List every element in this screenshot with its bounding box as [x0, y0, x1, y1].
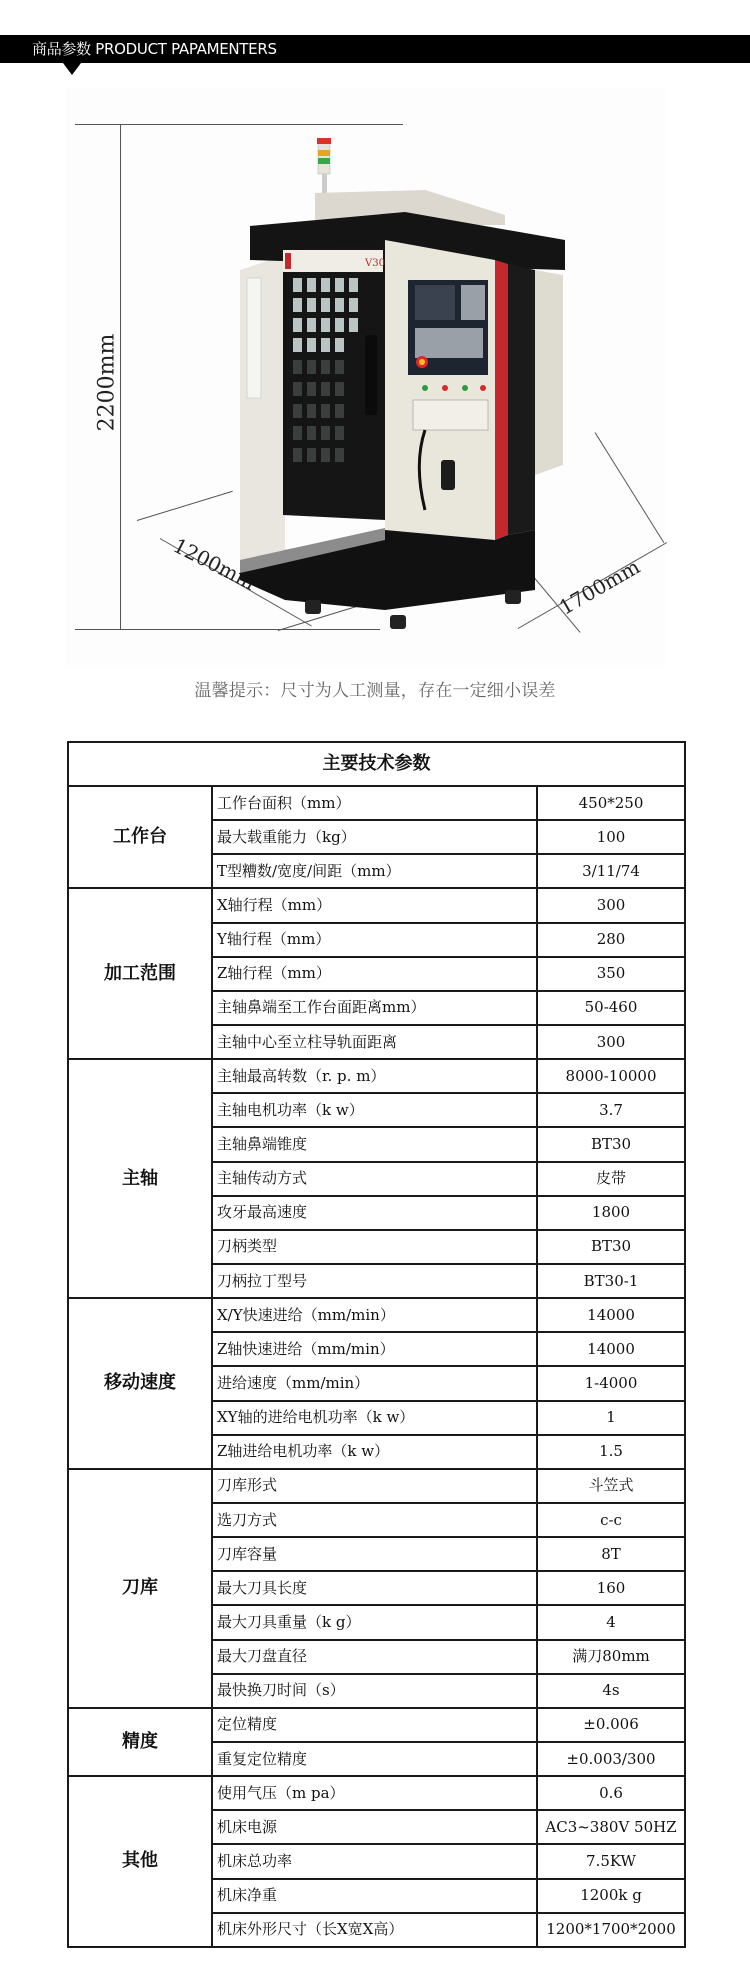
- spec-param-name: 刀库形式: [212, 1469, 537, 1503]
- spec-param-name: 刀柄类型: [212, 1230, 537, 1264]
- spec-param-name: 攻牙最高速度: [212, 1196, 537, 1230]
- spec-param-name: 主轴中心至立柱导轨面距离: [212, 1025, 537, 1059]
- section-header-bar: 商品参数 PRODUCT PAPAMENTERS: [0, 35, 750, 63]
- spec-param-value: AC3~380V 50HZ: [537, 1810, 685, 1844]
- spec-param-value: 4s: [537, 1674, 685, 1708]
- spec-param-name: 最大载重能力（kg）: [212, 820, 537, 854]
- spec-group-label: 主轴: [68, 1059, 212, 1298]
- spec-param-value: 斗笠式: [537, 1469, 685, 1503]
- spec-param-name: 主轴鼻端锥度: [212, 1127, 537, 1161]
- spec-row: 移动速度X/Y快速进给（mm/min）14000: [68, 1298, 685, 1332]
- spec-param-value: 1800: [537, 1196, 685, 1230]
- spec-group-label: 移动速度: [68, 1298, 212, 1469]
- spec-row: 刀库刀库形式斗笠式: [68, 1469, 685, 1503]
- spec-param-name: 工作台面积（mm）: [212, 786, 537, 820]
- spec-param-name: 机床总功率: [212, 1844, 537, 1878]
- spec-param-value: 1200k g: [537, 1879, 685, 1913]
- spec-param-name: X轴行程（mm）: [212, 888, 537, 922]
- spec-param-value: 50-460: [537, 991, 685, 1025]
- spec-param-value: 皮带: [537, 1162, 685, 1196]
- spec-table-title-row: 主要技术参数: [68, 742, 685, 786]
- spec-param-value: 3.7: [537, 1093, 685, 1127]
- spec-table-title: 主要技术参数: [68, 742, 685, 786]
- spec-group-label: 精度: [68, 1708, 212, 1776]
- spec-param-value: 8T: [537, 1537, 685, 1571]
- spec-param-value: 1.5: [537, 1435, 685, 1469]
- spec-param-value: 14000: [537, 1332, 685, 1366]
- spec-param-value: 1200*1700*2000: [537, 1913, 685, 1947]
- spec-param-value: 350: [537, 957, 685, 991]
- spec-param-name: 主轴电机功率（k w）: [212, 1093, 537, 1127]
- spec-row: 工作台工作台面积（mm）450*250: [68, 786, 685, 820]
- spec-param-name: Z轴进给电机功率（k w）: [212, 1435, 537, 1469]
- cnc-machine-illustration: V300: [225, 130, 625, 630]
- spec-param-value: 1: [537, 1401, 685, 1435]
- spec-row: 其他使用气压（m pa）0.6: [68, 1776, 685, 1810]
- spec-param-name: 最大刀盘直径: [212, 1640, 537, 1674]
- spec-param-name: X/Y快速进给（mm/min）: [212, 1298, 537, 1332]
- spec-param-name: 使用气压（m pa）: [212, 1776, 537, 1810]
- height-dimension-top-line: [75, 124, 403, 125]
- spec-param-name: 机床电源: [212, 1810, 537, 1844]
- spec-group-label: 刀库: [68, 1469, 212, 1708]
- spec-param-name: Z轴行程（mm）: [212, 957, 537, 991]
- spec-param-name: 最大刀具重量（k g）: [212, 1605, 537, 1639]
- spec-param-value: 300: [537, 1025, 685, 1059]
- measurement-notice: 温馨提示：尺寸为人工测量，存在一定细小误差: [0, 676, 750, 701]
- spec-row: 主轴主轴最高转数（r. p. m）8000-10000: [68, 1059, 685, 1093]
- spec-param-name: XY轴的进给电机功率（k w）: [212, 1401, 537, 1435]
- spec-param-name: 重复定位精度: [212, 1742, 537, 1776]
- spec-param-name: 机床净重: [212, 1879, 537, 1913]
- height-dimension-vertical-line: [120, 124, 121, 629]
- spec-param-name: 进给速度（mm/min）: [212, 1366, 537, 1400]
- height-dimension-label: 2200mm: [94, 334, 119, 432]
- spec-param-value: c-c: [537, 1503, 685, 1537]
- spec-param-value: BT30-1: [537, 1264, 685, 1298]
- spec-param-value: BT30: [537, 1230, 685, 1264]
- spec-param-name: 刀柄拉丁型号: [212, 1264, 537, 1298]
- spec-group-label: 其他: [68, 1776, 212, 1947]
- spec-param-name: T型糟数/宽度/间距（mm）: [212, 854, 537, 888]
- spec-param-value: 300: [537, 888, 685, 922]
- spec-table: 主要技术参数 工作台工作台面积（mm）450*250最大载重能力（kg）100T…: [67, 741, 686, 1948]
- spec-group-label: 加工范围: [68, 888, 212, 1059]
- header-notch-triangle: [63, 63, 81, 75]
- spec-param-value: 4: [537, 1605, 685, 1639]
- spec-param-name: 主轴鼻端至工作台面距离mm）: [212, 991, 537, 1025]
- spec-param-name: 主轴传动方式: [212, 1162, 537, 1196]
- spec-param-value: ±0.003/300: [537, 1742, 685, 1776]
- spec-param-value: ±0.006: [537, 1708, 685, 1742]
- spec-param-value: 14000: [537, 1298, 685, 1332]
- spec-param-name: 主轴最高转数（r. p. m）: [212, 1059, 537, 1093]
- spec-row: 精度定位精度±0.006: [68, 1708, 685, 1742]
- spec-param-value: 满刀80mm: [537, 1640, 685, 1674]
- spec-param-value: BT30: [537, 1127, 685, 1161]
- spec-param-name: Y轴行程（mm）: [212, 923, 537, 957]
- spec-param-name: 选刀方式: [212, 1503, 537, 1537]
- spec-param-name: 最快换刀时间（s）: [212, 1674, 537, 1708]
- spec-param-value: 100: [537, 820, 685, 854]
- spec-param-value: 280: [537, 923, 685, 957]
- spec-param-value: 1-4000: [537, 1366, 685, 1400]
- spec-param-name: 刀库容量: [212, 1537, 537, 1571]
- spec-param-value: 450*250: [537, 786, 685, 820]
- spec-param-name: 机床外形尺寸（长X宽X高）: [212, 1913, 537, 1947]
- spec-group-label: 工作台: [68, 786, 212, 888]
- spec-param-name: Z轴快速进给（mm/min）: [212, 1332, 537, 1366]
- spec-param-name: 定位精度: [212, 1708, 537, 1742]
- spec-param-value: 160: [537, 1571, 685, 1605]
- spec-param-value: 7.5KW: [537, 1844, 685, 1878]
- spec-row: 加工范围X轴行程（mm）300: [68, 888, 685, 922]
- spec-param-name: 最大刀具长度: [212, 1571, 537, 1605]
- spec-param-value: 0.6: [537, 1776, 685, 1810]
- spec-param-value: 3/11/74: [537, 854, 685, 888]
- spec-param-value: 8000-10000: [537, 1059, 685, 1093]
- section-header-title: 商品参数 PRODUCT PAPAMENTERS: [32, 35, 277, 63]
